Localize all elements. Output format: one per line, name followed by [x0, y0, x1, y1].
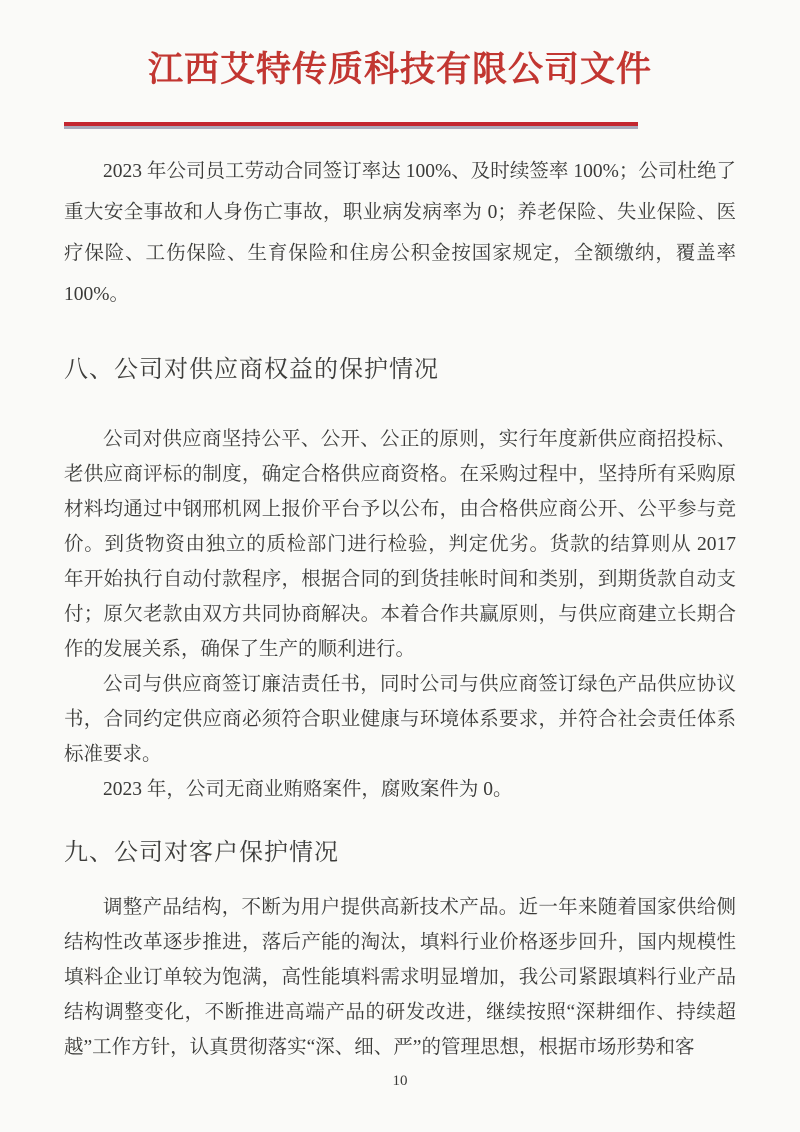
page-number: 10 — [64, 1073, 736, 1089]
section-8-paragraph-3: 2023 年，公司无商业贿赂案件，腐败案件为 0。 — [64, 772, 736, 807]
section-9-paragraph-1: 调整产品结构，不断为用户提供高新技术产品。近一年来随着国家供给侧结构性改革逐步推… — [64, 890, 736, 1065]
document-title: 江西艾特传质科技有限公司文件 — [64, 50, 736, 90]
header-rule — [64, 122, 638, 129]
section-9-heading: 九、公司对客户保护情况 — [64, 837, 736, 868]
section-8-paragraph-2: 公司与供应商签订廉洁责任书，同时公司与供应商签订绿色产品供应协议书，合同约定供应… — [64, 667, 736, 772]
section-8-paragraph-1: 公司对供应商坚持公平、公开、公正的原则，实行年度新供应商招投标、老供应商评标的制… — [64, 422, 736, 667]
intro-paragraph: 2023 年公司员工劳动合同签订率达 100%、及时续签率 100%；公司杜绝了… — [64, 151, 736, 315]
document-page: 江西艾特传质科技有限公司文件 2023 年公司员工劳动合同签订率达 100%、及… — [0, 0, 800, 1132]
section-8-heading: 八、公司对供应商权益的保护情况 — [64, 354, 736, 385]
